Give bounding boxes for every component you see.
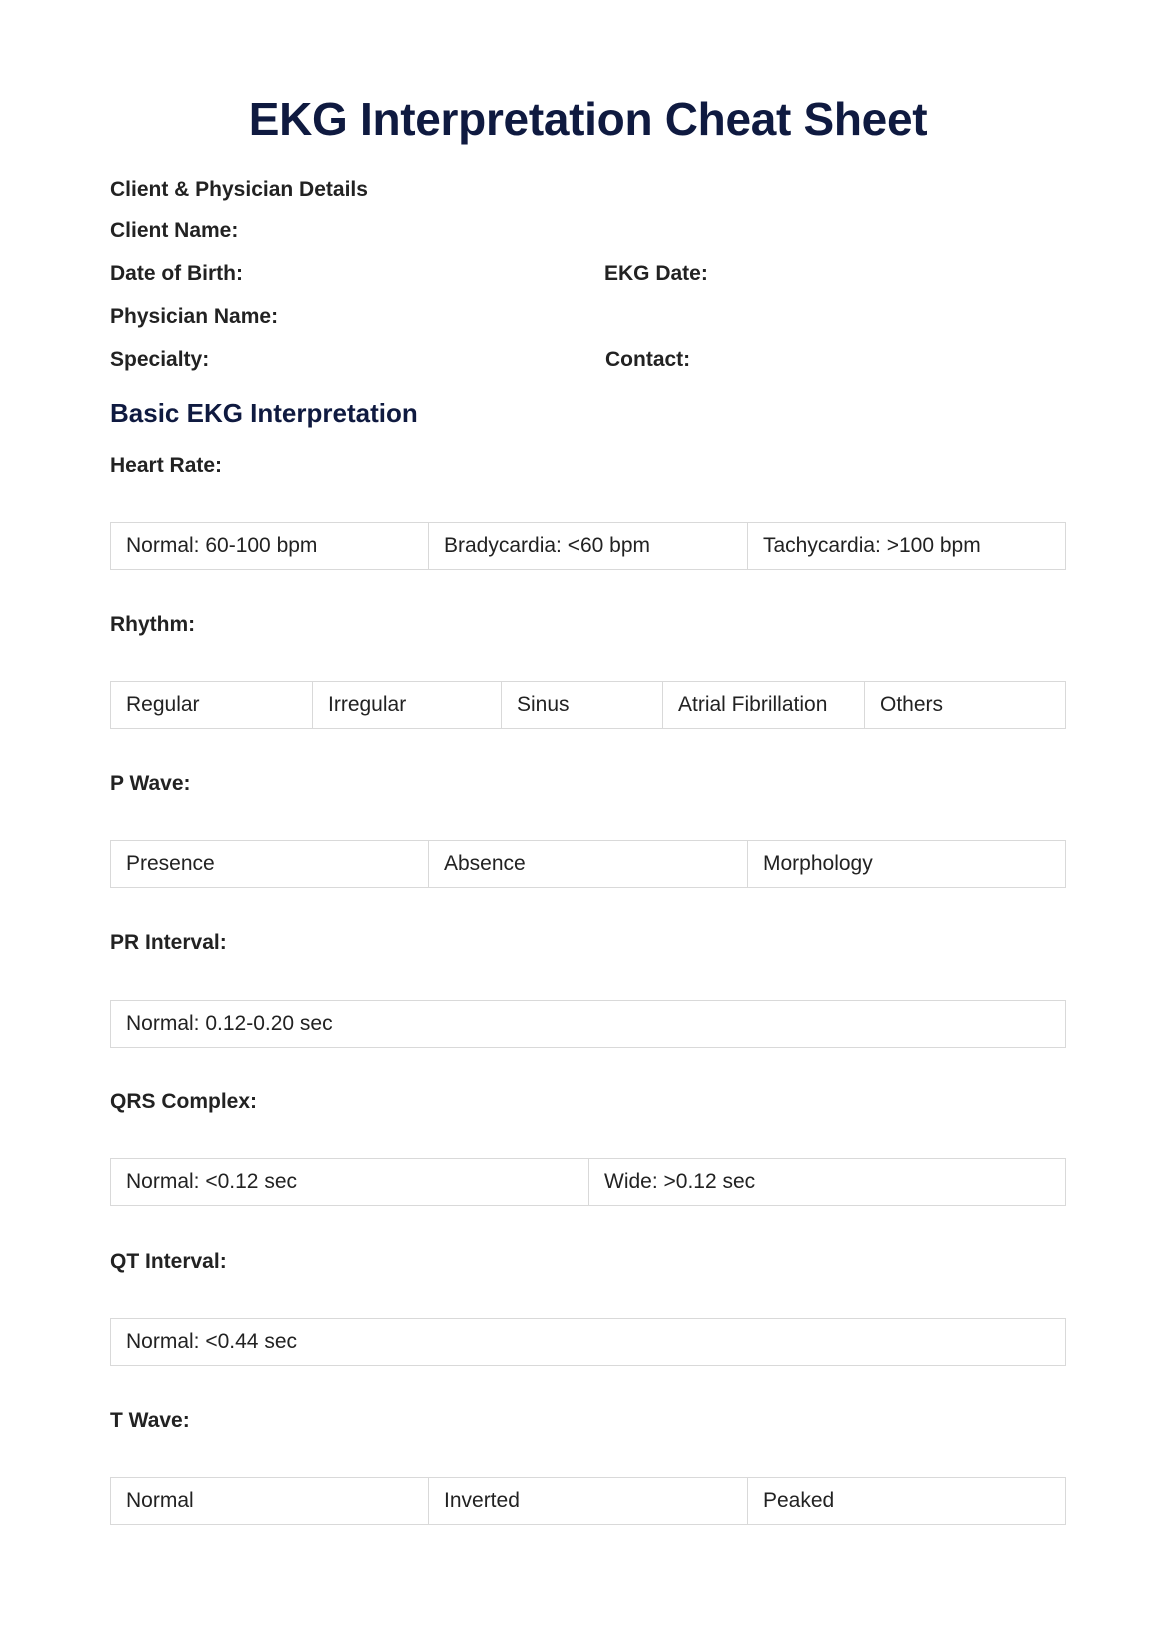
table-cell: Irregular bbox=[313, 682, 502, 728]
table-cell: Others bbox=[865, 682, 1065, 728]
heart-rate-table: Normal: 60-100 bpm Bradycardia: <60 bpm … bbox=[110, 522, 1066, 570]
table-cell: Atrial Fibrillation bbox=[663, 682, 865, 728]
table-cell: Morphology bbox=[748, 841, 1065, 887]
table-cell: Absence bbox=[429, 841, 748, 887]
dob-label: Date of Birth: bbox=[110, 262, 243, 286]
qrs-complex-table: Normal: <0.12 sec Wide: >0.12 sec bbox=[110, 1158, 1066, 1206]
rhythm-label: Rhythm: bbox=[110, 613, 195, 637]
pr-interval-label: PR Interval: bbox=[110, 931, 227, 955]
page-title: EKG Interpretation Cheat Sheet bbox=[0, 92, 1176, 146]
rhythm-table: Regular Irregular Sinus Atrial Fibrillat… bbox=[110, 681, 1066, 729]
t-wave-table: Normal Inverted Peaked bbox=[110, 1477, 1066, 1525]
table-cell: Normal: <0.44 sec bbox=[111, 1319, 1065, 1365]
table-cell: Normal: 60-100 bpm bbox=[111, 523, 429, 569]
pr-interval-table: Normal: 0.12-0.20 sec bbox=[110, 1000, 1066, 1048]
specialty-label: Specialty: bbox=[110, 348, 209, 372]
table-cell: Normal: <0.12 sec bbox=[111, 1159, 589, 1205]
table-cell: Tachycardia: >100 bpm bbox=[748, 523, 1065, 569]
qt-interval-label: QT Interval: bbox=[110, 1250, 227, 1274]
table-cell: Bradycardia: <60 bpm bbox=[429, 523, 748, 569]
ekg-date-label: EKG Date: bbox=[604, 262, 708, 286]
table-cell: Normal: 0.12-0.20 sec bbox=[111, 1001, 1065, 1047]
table-cell: Inverted bbox=[429, 1478, 748, 1524]
t-wave-label: T Wave: bbox=[110, 1409, 190, 1433]
qrs-complex-label: QRS Complex: bbox=[110, 1090, 257, 1114]
table-cell: Presence bbox=[111, 841, 429, 887]
qt-interval-table: Normal: <0.44 sec bbox=[110, 1318, 1066, 1366]
table-cell: Sinus bbox=[502, 682, 663, 728]
p-wave-table: Presence Absence Morphology bbox=[110, 840, 1066, 888]
client-name-label: Client Name: bbox=[110, 219, 238, 243]
section-title: Basic EKG Interpretation bbox=[110, 398, 418, 429]
client-details-heading: Client & Physician Details bbox=[110, 178, 368, 202]
physician-name-label: Physician Name: bbox=[110, 305, 278, 329]
table-cell: Regular bbox=[111, 682, 313, 728]
heart-rate-label: Heart Rate: bbox=[110, 454, 222, 478]
table-cell: Normal bbox=[111, 1478, 429, 1524]
contact-label: Contact: bbox=[605, 348, 690, 372]
table-cell: Wide: >0.12 sec bbox=[589, 1159, 1065, 1205]
table-cell: Peaked bbox=[748, 1478, 1065, 1524]
p-wave-label: P Wave: bbox=[110, 772, 191, 796]
